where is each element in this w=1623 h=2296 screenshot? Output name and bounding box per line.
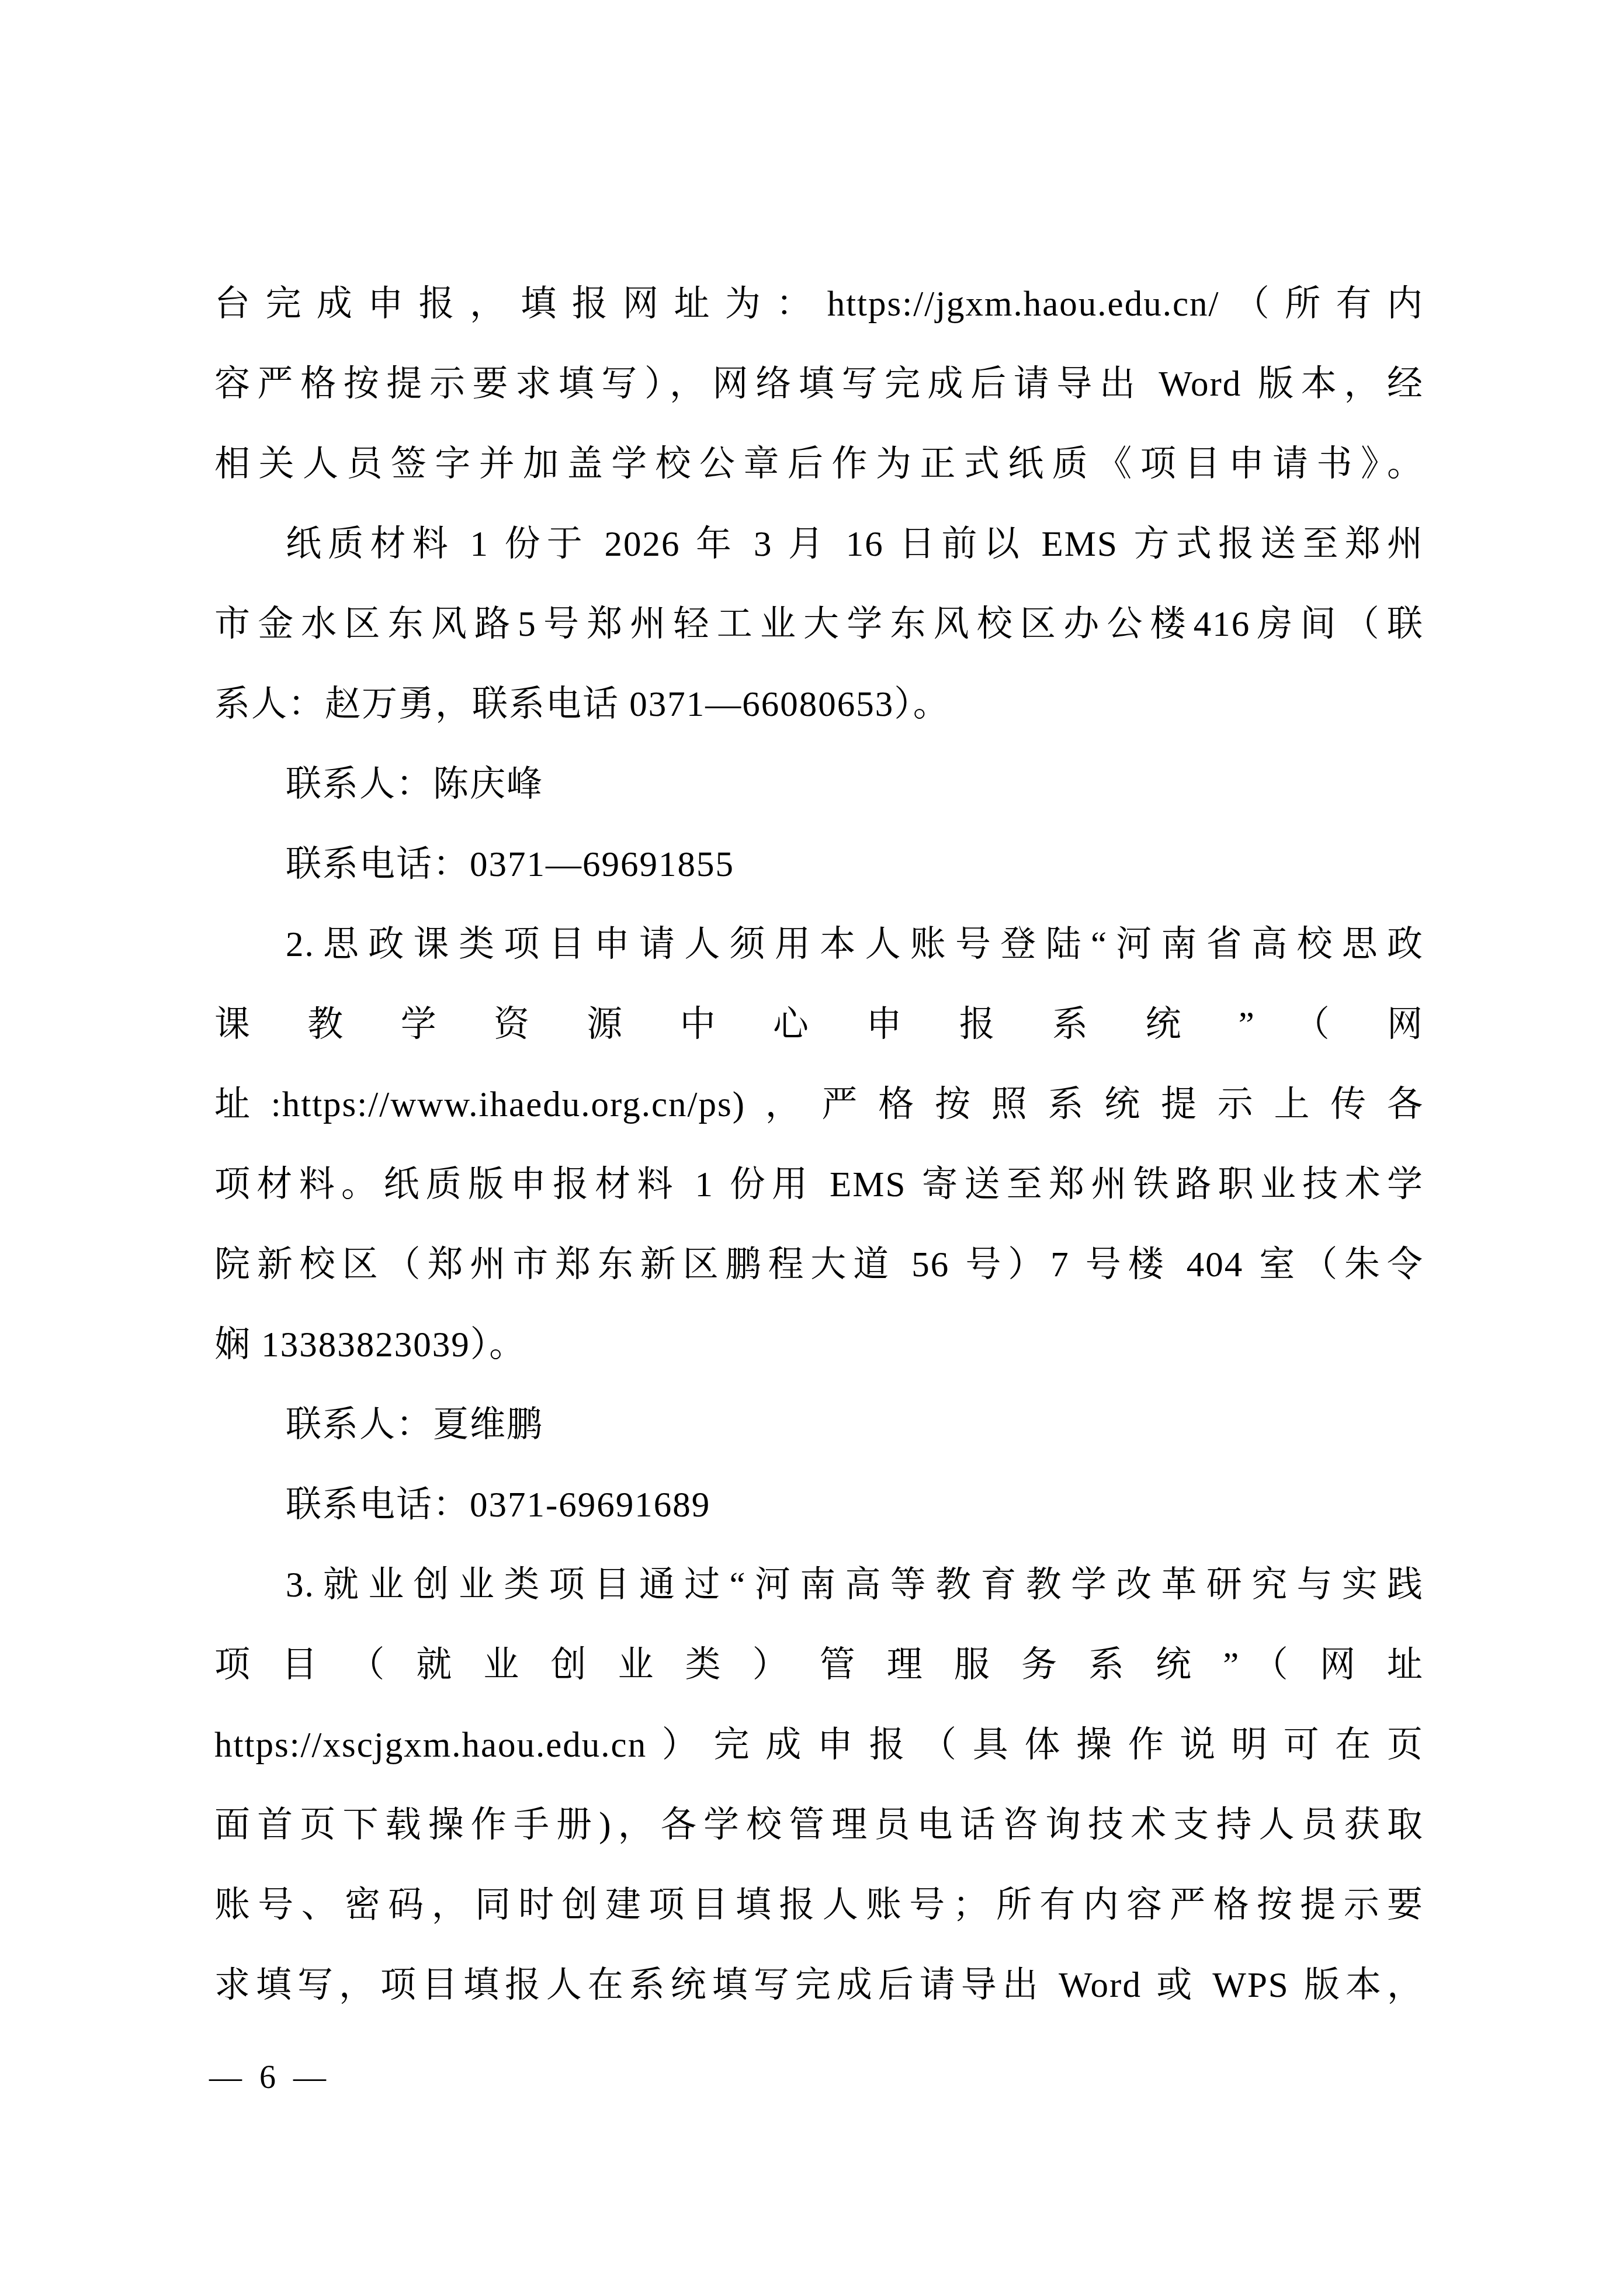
document-page: 台完成申报，填报网址为：https://jgxm.haou.edu.cn/（所有… — [0, 0, 1623, 2296]
text-line: 项目（就业创业类）管理服务系统”（网址 — [214, 1625, 1424, 1705]
text-line: 课教学资源中心申报系统”（网 — [214, 985, 1424, 1065]
document-body: 台完成申报，填报网址为：https://jgxm.haou.edu.cn/（所有… — [214, 264, 1424, 2025]
text-line: 院新校区（郑州市郑东新区鹏程大道 56 号）7 号楼 404 室（朱令 — [214, 1225, 1424, 1305]
contact-person-line: 联系人：陈庆峰 — [214, 744, 1424, 825]
page-number: — 6 — — [209, 2048, 331, 2107]
contact-phone-line: 联系电话：0371-69691689 — [214, 1465, 1424, 1545]
text-line: 账号、密码，同时创建项目填报人账号；所有内容严格按提示要 — [214, 1865, 1424, 1945]
text-line: 3.就业创业类项目通过“河南高等教育教学改革研究与实践 — [214, 1545, 1424, 1625]
text-line: 系人：赵万勇，联系电话 0371—66080653）。 — [214, 664, 1424, 744]
text-line: 市金水区东风路5号郑州轻工业大学东风校区办公楼416房间（联 — [214, 584, 1424, 664]
text-line: 相关人员签字并加盖学校公章后作为正式纸质《项目申请书》。 — [214, 424, 1424, 504]
text-line: 求填写，项目填报人在系统填写完成后请导出 Word 或 WPS 版本， — [214, 1945, 1424, 2025]
text-line: https://xscjgxm.haou.edu.cn）完成申报（具体操作说明可… — [214, 1705, 1424, 1785]
text-line: 台完成申报，填报网址为：https://jgxm.haou.edu.cn/（所有… — [214, 264, 1424, 344]
text-line: 项材料。纸质版申报材料 1 份用 EMS 寄送至郑州铁路职业技术学 — [214, 1145, 1424, 1225]
text-line: 娴 13383823039）。 — [214, 1305, 1424, 1385]
text-line: 址:https://www.ihaedu.org.cn/ps)，严格按照系统提示… — [214, 1065, 1424, 1145]
text-line: 纸质材料 1 份于 2026 年 3 月 16 日前以 EMS 方式报送至郑州 — [214, 504, 1424, 584]
text-line: 2.思政课类项目申请人须用本人账号登陆“河南省高校思政 — [214, 905, 1424, 985]
contact-phone-line: 联系电话：0371—69691855 — [214, 825, 1424, 905]
contact-person-line: 联系人：夏维鹏 — [214, 1385, 1424, 1465]
text-line: 面首页下载操作手册)，各学校管理员电话咨询技术支持人员获取 — [214, 1785, 1424, 1865]
text-line: 容严格按提示要求填写），网络填写完成后请导出 Word 版本，经 — [214, 344, 1424, 424]
